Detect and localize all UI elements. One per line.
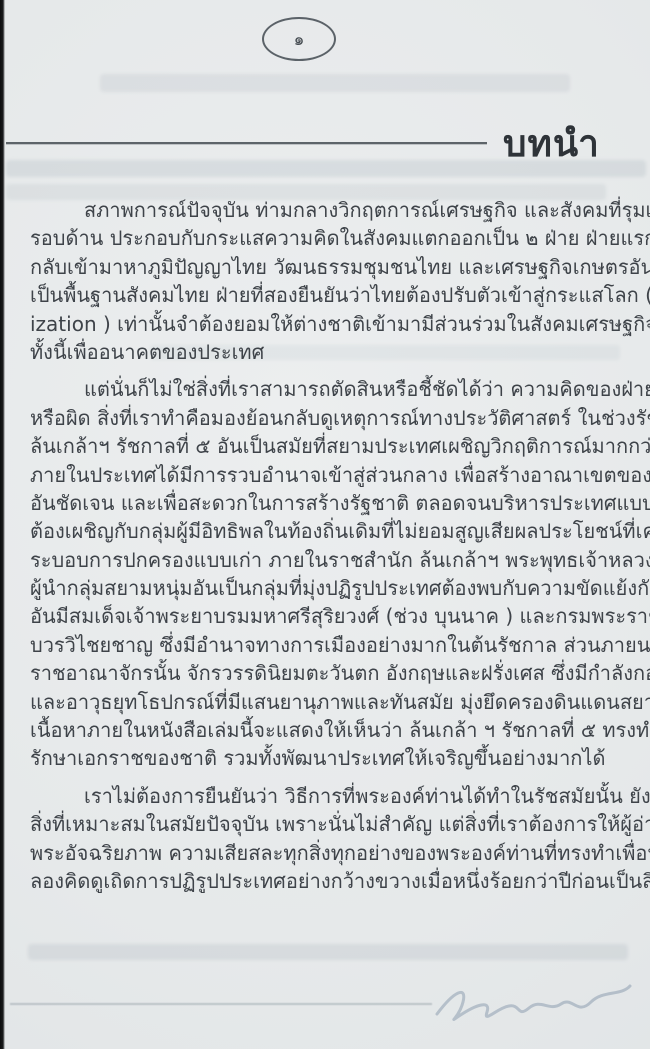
text-line: ราชอาณาจักรนั้น จักรวรรดินิยมตะวันตก อัง… [30,659,624,687]
text-line: อันชัดเจน และเพื่อสะดวกในการสร้างรัฐชาติ… [30,489,624,517]
scanned-book-page: ๑ บทนำ สภาพการณ์ปัจจุบัน ท่ามกลางวิกฤตกา… [0,0,650,1049]
text-line: ลองคิดดูเถิดการปฏิรูปประเทศอย่างกว้างขวา… [30,867,624,895]
text-line: ภายในประเทศได้มีการรวบอำนาจเข้าสู่ส่วนกล… [30,461,624,489]
text-line: ทั้งนี้เพื่ออนาคตของประเทศ [30,338,624,366]
text-line: พระอัจฉริยภาพ ความเสียสละทุกสิ่งทุกอย่าง… [30,839,624,867]
bleed-through-rule [10,1003,432,1005]
text-line: สภาพการณ์ปัจจุบัน ท่ามกลางวิกฤตการณ์เศรษ… [30,196,624,224]
text-line: ผู้นำกลุ่มสยามหนุ่มอันเป็นกลุ่มที่มุ่งปฏ… [30,574,624,602]
page-gutter-shadow [0,0,5,1049]
text-line: รักษาเอกราชของชาติ รวมทั้งพัฒนาประเทศให้… [30,744,624,772]
paragraph: แต่นั่นก็ไม่ใช่สิ่งที่เราสามารถตัดสินหรื… [30,375,624,772]
text-line: รอบด้าน ประกอบกับกระแสความคิดในสังคมแตกอ… [30,224,624,252]
chapter-heading-row: บทนำ [6,118,612,168]
text-line: ization ) เท่านั้นจำต้องยอมให้ต่างชาติเข… [30,310,624,338]
text-line: เนื้อหาภายในหนังสือเล่มนี้จะแสดงให้เห็นว… [30,716,624,744]
chapter-title: บทนำ [503,125,600,162]
text-line: หรือผิด สิ่งที่เราทำคือมองย้อนกลับดูเหตุ… [30,404,624,432]
bleed-through-text [100,74,570,92]
page-number-ornament: ๑ [262,17,336,61]
text-line: ระบอบการปกครองแบบเก่า ภายในราชสำนัก ล้นเ… [30,546,624,574]
body-text: สภาพการณ์ปัจจุบัน ท่ามกลางวิกฤตการณ์เศรษ… [30,196,624,904]
text-line: แต่นั่นก็ไม่ใช่สิ่งที่เราสามารถตัดสินหรื… [30,375,624,403]
text-line: ล้นเกล้าฯ รัชกาลที่ ๕ อันเป็นสมัยที่สยาม… [30,432,624,460]
text-line: กลับเข้ามาหาภูมิปัญญาไทย วัฒนธรรมชุมชนไท… [30,253,624,281]
text-line: เราไม่ต้องการยืนยันว่า วิธีการที่พระองค์… [30,782,624,810]
text-line: และอาวุธยุทโธปกรณ์ที่มีแสนยานุภาพและทันส… [30,688,624,716]
heading-rule [6,142,487,144]
page-number: ๑ [294,26,305,53]
text-line: เป็นพื้นฐานสังคมไทย ฝ่ายที่สองยืนยันว่าไ… [30,281,624,309]
text-line: อันมีสมเด็จเจ้าพระยาบรมมหาศรีสุริยวงศ์ (… [30,602,624,630]
bleed-through-signature [425,972,640,1042]
paragraph: เราไม่ต้องการยืนยันว่า วิธีการที่พระองค์… [30,782,624,896]
bleed-through-text [28,944,628,960]
text-line: ต้องเผชิญกับกลุ่มผู้มีอิทธิพลในท้องถิ่นเ… [30,517,624,545]
text-line: บวรวิไชยชาญ ซึ่งมีอำนาจทางการเมืองอย่างม… [30,631,624,659]
text-line: สิ่งที่เหมาะสมในสมัยปัจจุบัน เพราะนั่นไม… [30,810,624,838]
paragraph: สภาพการณ์ปัจจุบัน ท่ามกลางวิกฤตการณ์เศรษ… [30,196,624,366]
